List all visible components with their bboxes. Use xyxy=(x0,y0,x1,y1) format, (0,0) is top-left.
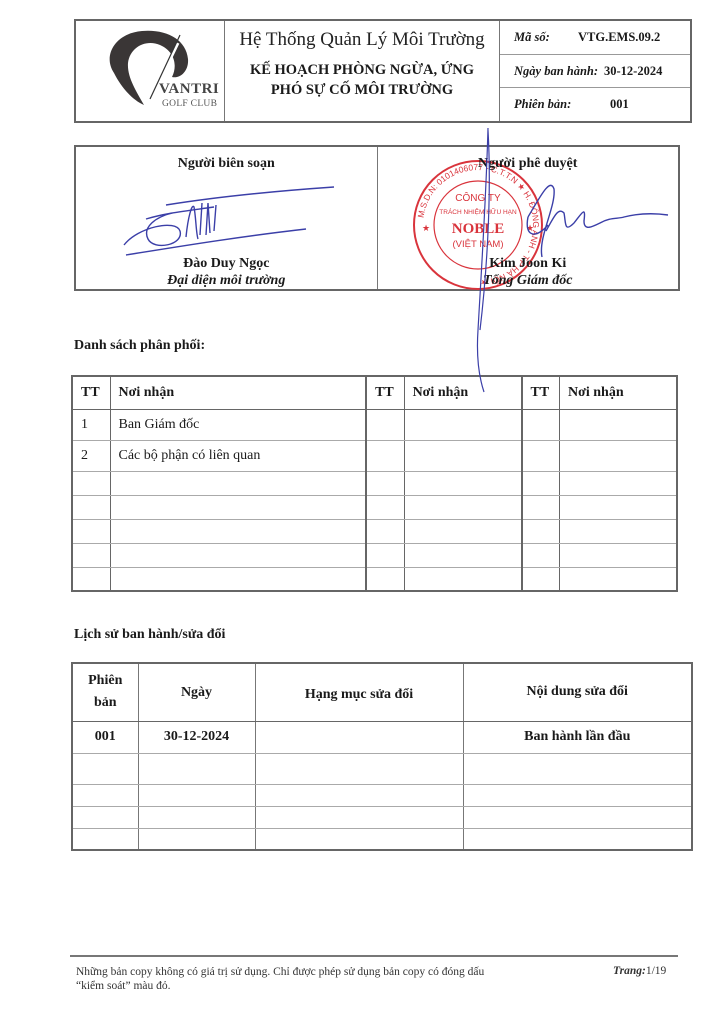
cell-index xyxy=(366,440,404,471)
table-cell xyxy=(138,784,255,806)
author-role: Đại diện môi trường xyxy=(76,273,377,289)
table-cell xyxy=(255,828,463,850)
table-cell xyxy=(463,753,692,784)
page-label: Trang: xyxy=(613,965,646,977)
document-title-line2: PHÓ SỰ CỐ MÔI TRƯỜNG xyxy=(225,80,499,100)
cell-index xyxy=(72,519,110,543)
cell-recipient: Ban Giám đốc xyxy=(110,409,366,440)
table-row xyxy=(72,543,677,567)
cell-index: 1 xyxy=(72,409,110,440)
cell-index xyxy=(72,543,110,567)
cell-recipient xyxy=(404,471,521,495)
cell-index xyxy=(522,567,560,591)
column-header: TT xyxy=(72,376,110,409)
table-cell xyxy=(72,828,138,850)
cell-recipient xyxy=(560,543,677,567)
table-row xyxy=(72,495,677,519)
meta-version: Phiên bản: 001 xyxy=(500,88,690,121)
table-cell xyxy=(255,753,463,784)
cell-index xyxy=(72,495,110,519)
cell-recipient xyxy=(110,567,366,591)
table-row xyxy=(72,784,692,806)
table-header-row: Phiên bản Ngày Hạng mục sửa đổi Nội dung… xyxy=(72,663,692,721)
cell-recipient: Các bộ phận có liên quan xyxy=(110,440,366,471)
revision-history-table: Phiên bản Ngày Hạng mục sửa đổi Nội dung… xyxy=(71,662,693,851)
footer-note: Những bản copy không có giá trị sử dụng.… xyxy=(76,965,506,993)
header-line: Phiên xyxy=(73,670,138,692)
cell-index xyxy=(366,567,404,591)
table-row xyxy=(72,806,692,828)
title-cell: Hệ Thống Quản Lý Môi Trường KẾ HOẠCH PHÒ… xyxy=(225,21,500,121)
signature-block: Người biên soạn Đào Duy Ngọc Đại diện mô… xyxy=(74,145,680,291)
approver-name: Kim Joon Ki xyxy=(378,256,679,272)
table-cell xyxy=(72,806,138,828)
svg-text:CÔNG TY: CÔNG TY xyxy=(455,191,501,204)
column-header: TT xyxy=(522,376,560,409)
cell-recipient xyxy=(560,409,677,440)
table-row: 2Các bộ phận có liên quan xyxy=(72,440,677,471)
table-row xyxy=(72,471,677,495)
logo-name: VANTRI xyxy=(159,81,219,98)
author-heading: Người biên soạn xyxy=(76,156,377,172)
table-cell xyxy=(255,721,463,753)
column-header-content: Nội dung sửa đổi xyxy=(463,663,692,721)
cell-index xyxy=(366,409,404,440)
approver-heading: Người phê duyệt xyxy=(378,156,679,172)
meta-issue-date: Ngày ban hành: 30-12-2024 xyxy=(500,55,690,89)
column-header-date: Ngày xyxy=(138,663,255,721)
document-title-line1: KẾ HOẠCH PHÒNG NGỪA, ỨNG xyxy=(225,60,499,80)
table-cell xyxy=(138,806,255,828)
meta-label: Mã số: xyxy=(514,30,572,45)
cell-index xyxy=(72,471,110,495)
cell-recipient xyxy=(560,495,677,519)
meta-label: Phiên bản: xyxy=(514,97,610,112)
cell-recipient xyxy=(110,519,366,543)
cell-recipient xyxy=(404,519,521,543)
table-cell xyxy=(463,828,692,850)
meta-value: VTG.EMS.09.2 xyxy=(578,30,660,45)
cell-index xyxy=(522,519,560,543)
column-header-category: Hạng mục sửa đổi xyxy=(255,663,463,721)
cell-recipient xyxy=(404,495,521,519)
cell-recipient xyxy=(560,440,677,471)
logo-cell: VANTRI GOLF CLUB xyxy=(76,21,225,121)
cell-index xyxy=(366,471,404,495)
cell-recipient xyxy=(560,519,677,543)
table-row xyxy=(72,567,677,591)
author-signature: Người biên soạn Đào Duy Ngọc Đại diện mô… xyxy=(76,147,378,289)
table-cell: Ban hành lần đầu xyxy=(463,721,692,753)
table-row: 00130-12-2024Ban hành lần đầu xyxy=(72,721,692,753)
table-cell xyxy=(255,784,463,806)
column-header: Nơi nhận xyxy=(404,376,521,409)
distribution-table: TT Nơi nhận TT Nơi nhận TT Nơi nhận 1Ban… xyxy=(71,375,678,592)
table-cell xyxy=(255,806,463,828)
meta-value: 30-12-2024 xyxy=(604,64,662,79)
cell-recipient xyxy=(404,543,521,567)
table-cell xyxy=(72,784,138,806)
svg-text:★: ★ xyxy=(421,223,429,233)
logo-subtitle: GOLF CLUB xyxy=(162,99,217,109)
column-header: Nơi nhận xyxy=(560,376,677,409)
page-value: 1/19 xyxy=(646,965,666,977)
cell-index: 2 xyxy=(72,440,110,471)
history-label: Lịch sử ban hành/sửa đổi xyxy=(74,627,225,643)
cell-index xyxy=(522,495,560,519)
table-cell xyxy=(138,753,255,784)
table-cell xyxy=(138,828,255,850)
cell-recipient xyxy=(560,567,677,591)
approver-role: Tổng Giám đốc xyxy=(378,273,679,289)
table-cell xyxy=(72,753,138,784)
header-line: bản xyxy=(73,692,138,714)
distribution-label: Danh sách phân phối: xyxy=(74,338,205,354)
column-header-version: Phiên bản xyxy=(72,663,138,721)
table-cell: 30-12-2024 xyxy=(138,721,255,753)
cell-recipient xyxy=(404,409,521,440)
meta-code: Mã số: VTG.EMS.09.2 xyxy=(500,21,690,55)
cell-recipient xyxy=(110,471,366,495)
meta-value: 001 xyxy=(610,97,629,112)
author-name: Đào Duy Ngọc xyxy=(76,256,377,272)
table-header-row: TT Nơi nhận TT Nơi nhận TT Nơi nhận xyxy=(72,376,677,409)
cell-index xyxy=(522,543,560,567)
table-row xyxy=(72,828,692,850)
cell-index xyxy=(522,471,560,495)
table-cell: 001 xyxy=(72,721,138,753)
svg-text:(VIỆT NAM): (VIỆT NAM) xyxy=(452,239,503,250)
table-cell xyxy=(463,806,692,828)
cell-recipient xyxy=(110,543,366,567)
document-header: VANTRI GOLF CLUB Hệ Thống Quản Lý Môi Tr… xyxy=(74,19,692,123)
cell-index xyxy=(72,567,110,591)
cell-index xyxy=(366,519,404,543)
cell-index xyxy=(366,543,404,567)
table-row: 1Ban Giám đốc xyxy=(72,409,677,440)
table-row xyxy=(72,753,692,784)
svg-text:TRÁCH NHIỆM HỮU HẠN: TRÁCH NHIỆM HỮU HẠN xyxy=(439,207,517,216)
table-row xyxy=(72,519,677,543)
column-header: TT xyxy=(366,376,404,409)
cell-recipient xyxy=(404,567,521,591)
cell-recipient xyxy=(110,495,366,519)
cell-recipient xyxy=(404,440,521,471)
meta-cell: Mã số: VTG.EMS.09.2 Ngày ban hành: 30-12… xyxy=(500,21,690,121)
page-number: Trang:1/19 xyxy=(613,965,666,977)
footer-divider xyxy=(70,955,678,957)
document-title: KẾ HOẠCH PHÒNG NGỪA, ỨNG PHÓ SỰ CỐ MÔI T… xyxy=(225,60,499,100)
column-header: Nơi nhận xyxy=(110,376,366,409)
cell-index xyxy=(522,440,560,471)
cell-index xyxy=(366,495,404,519)
meta-label: Ngày ban hành: xyxy=(514,64,604,79)
table-cell xyxy=(463,784,692,806)
cell-recipient xyxy=(560,471,677,495)
system-title: Hệ Thống Quản Lý Môi Trường xyxy=(225,29,499,51)
svg-text:NOBLE: NOBLE xyxy=(451,221,504,237)
svg-text:★: ★ xyxy=(525,223,533,233)
cell-index xyxy=(522,409,560,440)
approver-signature: CÔNG TY TRÁCH NHIỆM HỮU HẠN NOBLE (VIỆT … xyxy=(378,147,679,289)
